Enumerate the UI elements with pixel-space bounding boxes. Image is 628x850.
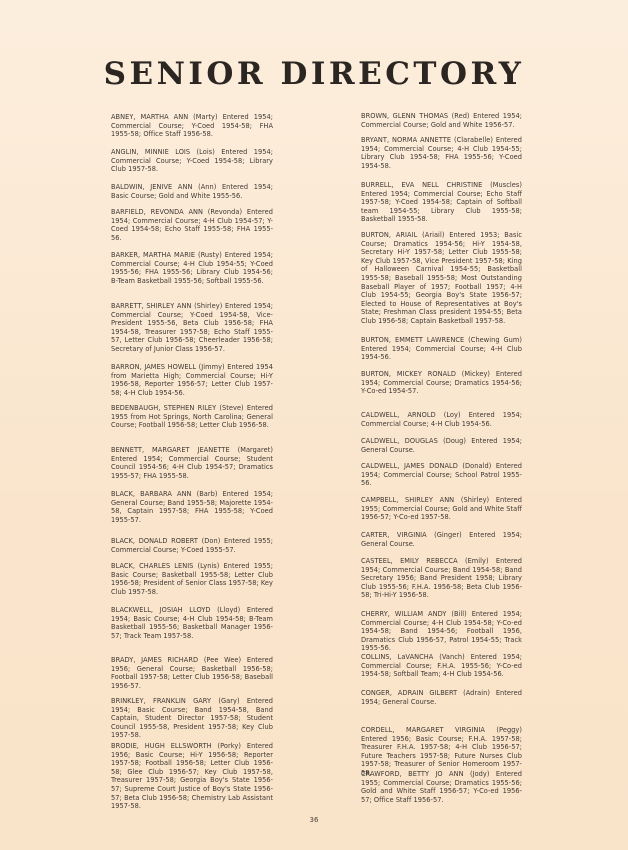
directory-entry: CASTEEL, EMILY REBECCA (Emily) Entered 1… <box>361 557 522 600</box>
page-title: SENIOR DIRECTORY <box>0 56 628 92</box>
directory-entry: BURTON, ARIAIL (Ariail) Entered 1953; Ba… <box>361 231 522 326</box>
directory-entry: BALDWIN, JENIVE ANN (Ann) Entered 1954; … <box>111 183 273 200</box>
directory-entry: BARFIELD, REVONDA ANN (Revonda) Entered … <box>111 208 273 242</box>
directory-entry: CHERRY, WILLIAM ANDY (Bill) Entered 1954… <box>361 610 522 653</box>
directory-entry: BEDENBAUGH, STEPHEN RILEY (Steve) Entere… <box>111 404 273 430</box>
directory-entry: BLACK, CHARLES LENIS (Lynis) Entered 195… <box>111 562 273 596</box>
directory-entry: BARRETT, SHIRLEY ANN (Shirley) Entered 1… <box>111 302 273 354</box>
directory-entry: CALDWELL, DOUGLAS (Doug) Entered 1954; G… <box>361 437 522 454</box>
page-number: 36 <box>0 816 628 824</box>
directory-entry: CARTER, VIRGINIA (Ginger) Entered 1954; … <box>361 531 522 548</box>
directory-entry: BARRON, JAMES HOWELL (Jimmy) Entered 195… <box>111 363 273 397</box>
yearbook-page: SENIOR DIRECTORY ABNEY, MARTHA ANN (Mart… <box>0 0 628 850</box>
directory-entry: BLACK, BARBARA ANN (Barb) Entered 1954; … <box>111 490 273 524</box>
directory-entry: CRAWFORD, BETTY JO ANN (Jody) Entered 19… <box>361 770 522 804</box>
directory-entry: BARKER, MARTHA MARIE (Rusty) Entered 195… <box>111 251 273 285</box>
directory-entry: BRINKLEY, FRANKLIN GARY (Gary) Entered 1… <box>111 697 273 740</box>
directory-entry: BROWN, GLENN THOMAS (Red) Entered 1954; … <box>361 112 522 129</box>
directory-entry: BURTON, EMMETT LAWRENCE (Chewing Gum) En… <box>361 336 522 362</box>
directory-entry: COLLINS, LaVANCHA (Vanch) Entered 1954; … <box>361 653 522 679</box>
directory-entry: CAMPBELL, SHIRLEY ANN (Shirley) Entered … <box>361 496 522 522</box>
directory-entry: BURRELL, EVA NELL CHRISTINE (Muscles) En… <box>361 181 522 224</box>
directory-entry: BRODIE, HUGH ELLSWORTH (Porky) Entered 1… <box>111 742 273 811</box>
directory-entry: BRYANT, NORMA ANNETTE (Clarabelle) Enter… <box>361 136 522 170</box>
directory-entry: BRADY, JAMES RICHARD (Pee Wee) Entered 1… <box>111 656 273 690</box>
directory-entry: CALDWELL, JAMES DONALD (Donald) Entered … <box>361 462 522 488</box>
directory-entry: ABNEY, MARTHA ANN (Marty) Entered 1954; … <box>111 113 273 139</box>
directory-entry: ANGLIN, MINNIE LOIS (Lois) Entered 1954;… <box>111 148 273 174</box>
directory-entry: BLACK, DONALD ROBERT (Don) Entered 1955;… <box>111 537 273 554</box>
directory-entry: BENNETT, MARGARET JEANETTE (Margaret) En… <box>111 446 273 480</box>
directory-entry: CALDWELL, ARNOLD (Loy) Entered 1954; Com… <box>361 411 522 428</box>
directory-entry: CONGER, ADRAIN GILBERT (Adrain) Entered … <box>361 689 522 706</box>
directory-entry: BLACKWELL, JOSIAH LLOYD (Lloyd) Entered … <box>111 606 273 640</box>
directory-entry: BURTON, MICKEY RONALD (Mickey) Entered 1… <box>361 370 522 396</box>
